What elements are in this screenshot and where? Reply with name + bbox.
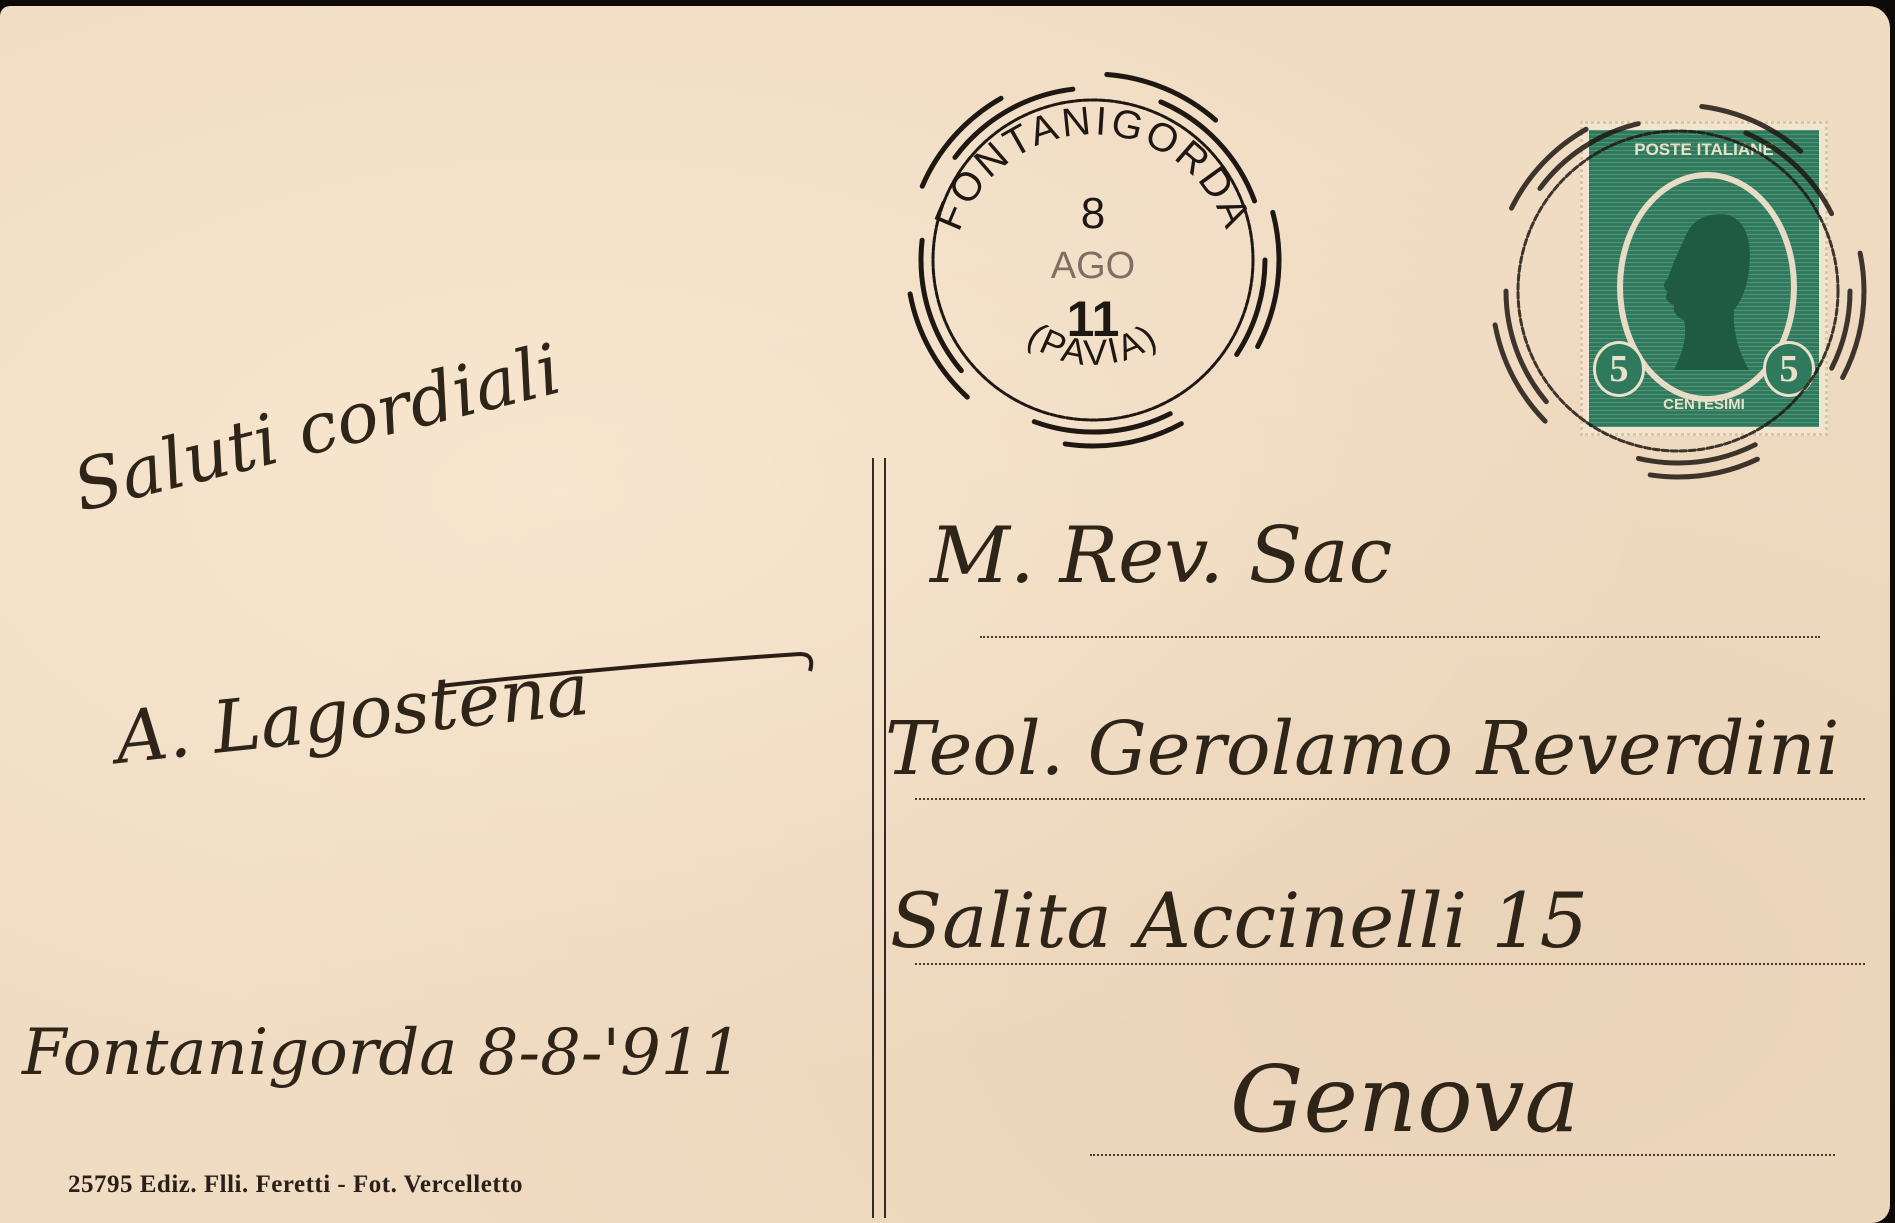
place-date-text: Fontanigorda 8-8-'911: [22, 1016, 742, 1090]
postcard-back: Saluti cordiali A. Lagostena Fontanigord…: [0, 6, 1890, 1223]
address-rule-2: [915, 798, 1865, 800]
postmark-month: AGO: [1051, 245, 1135, 287]
publisher-imprint: 25795 Ediz. Flli. Feretti - Fot. Vercell…: [68, 1171, 523, 1199]
address-line-3: Salita Accinelli 15: [890, 876, 1588, 965]
address-line-1: M. Rev. Sac: [930, 511, 1392, 601]
address-rule-1: [980, 636, 1820, 638]
stamp-cancel-overlay: [1478, 101, 1878, 481]
address-rule-4: [1090, 1154, 1835, 1156]
address-line-4: Genova: [1230, 1046, 1579, 1153]
postmark-year: 11: [1067, 291, 1120, 347]
center-divider: [872, 458, 886, 1218]
address-rule-3: [915, 963, 1865, 965]
greeting-text: Saluti cordiali: [65, 328, 568, 528]
postmark-cancel: FONTANIGORDA (PAVIA) 8 AGO 11: [893, 68, 1293, 453]
postmark-day: 8: [1081, 189, 1105, 238]
address-line-2: Teol. Gerolamo Reverdini: [885, 706, 1839, 792]
signature-flourish: [420, 646, 820, 706]
